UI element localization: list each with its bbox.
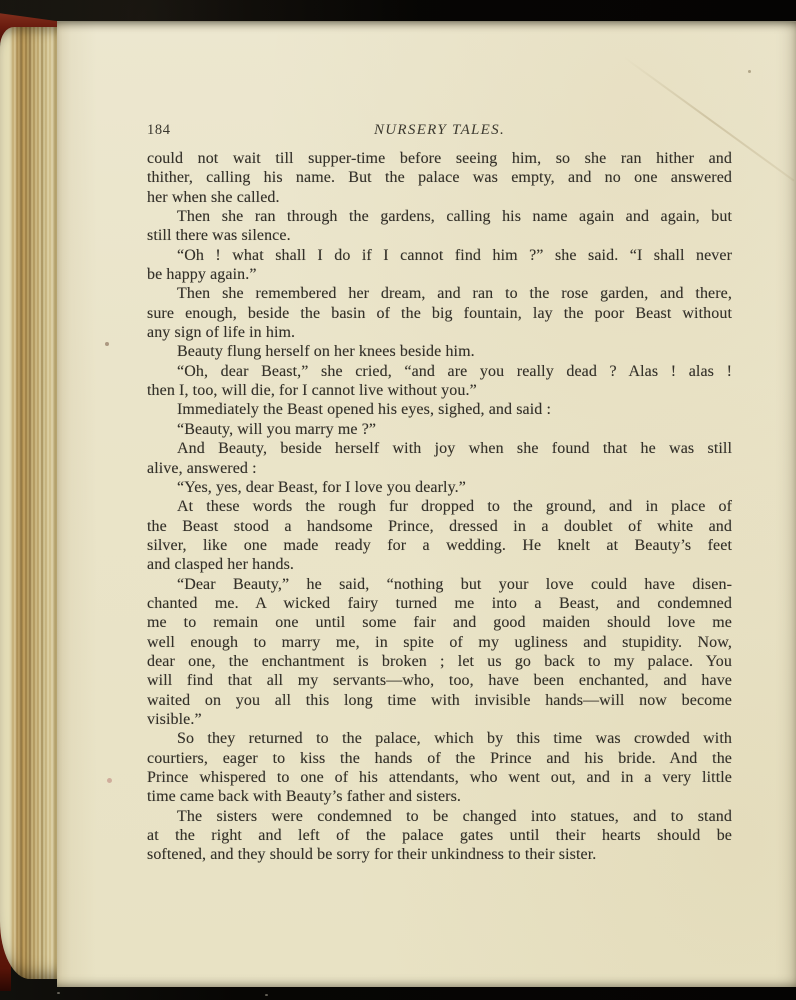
book-page: 184 NURSERY TALES. could not wait till s… bbox=[57, 21, 796, 987]
paragraph: And Beauty, beside herself with joy when… bbox=[147, 439, 732, 478]
text-line: waited on you all this long time with in… bbox=[147, 691, 732, 710]
dust-speck bbox=[57, 992, 60, 994]
text-line: silver, like one made ready for a weddin… bbox=[147, 536, 732, 555]
paper-speck bbox=[107, 778, 112, 783]
paragraph: “Dear Beauty,” he said, “nothing but you… bbox=[147, 575, 732, 730]
paragraph: So they returned to the palace, which by… bbox=[147, 729, 732, 806]
text-line: sure enough, beside the basin of the big… bbox=[147, 304, 732, 323]
text-line: Immediately the Beast opened his eyes, s… bbox=[147, 400, 732, 419]
text-line: visible.” bbox=[147, 710, 732, 729]
text-line: alive, answered : bbox=[147, 459, 732, 478]
text-line: will find that all my servants—who, too,… bbox=[147, 671, 732, 690]
text-line: The sisters were condemned to be changed… bbox=[147, 807, 732, 826]
text-line: could not wait till supper-time before s… bbox=[147, 149, 732, 168]
paragraph: “Oh, dear Beast,” she cried, “and are yo… bbox=[147, 362, 732, 401]
paragraph: Then she remembered her dream, and ran t… bbox=[147, 284, 732, 342]
text-line: and clasped her hands. bbox=[147, 555, 732, 574]
text-line: well enough to marry me, in spite of my … bbox=[147, 633, 732, 652]
text-line: “Oh ! what shall I do if I cannot find h… bbox=[147, 246, 732, 265]
page-header: 184 NURSERY TALES. bbox=[147, 122, 732, 142]
paragraph: At these words the rough fur dropped to … bbox=[147, 497, 732, 574]
text-line: still there was silence. bbox=[147, 226, 732, 245]
text-line: me to remain one until some fair and goo… bbox=[147, 613, 732, 632]
book-page-edges bbox=[0, 27, 58, 979]
text-line: her when she called. bbox=[147, 188, 732, 207]
paragraph: “Yes, yes, dear Beast, for I love you de… bbox=[147, 478, 732, 497]
text-line: “Oh, dear Beast,” she cried, “and are yo… bbox=[147, 362, 732, 381]
running-title: NURSERY TALES. bbox=[147, 122, 732, 139]
page-body-text: could not wait till supper-time before s… bbox=[147, 149, 732, 865]
text-line: dear one, the enchantment is broken ; le… bbox=[147, 652, 732, 671]
text-line: softened, and they should be sorry for t… bbox=[147, 845, 732, 864]
text-line: At these words the rough fur dropped to … bbox=[147, 497, 732, 516]
text-line: any sign of life in him. bbox=[147, 323, 732, 342]
text-line: the Beast stood a handsome Prince, dress… bbox=[147, 517, 732, 536]
text-line: And Beauty, beside herself with joy when… bbox=[147, 439, 732, 458]
text-line: “Dear Beauty,” he said, “nothing but you… bbox=[147, 575, 732, 594]
paragraph: could not wait till supper-time before s… bbox=[147, 149, 732, 207]
text-line: time came back with Beauty’s father and … bbox=[147, 787, 732, 806]
scanned-book-photo: 184 NURSERY TALES. could not wait till s… bbox=[0, 0, 796, 1000]
text-line: So they returned to the palace, which by… bbox=[147, 729, 732, 748]
paragraph: Then she ran through the gardens, callin… bbox=[147, 207, 732, 246]
text-line: Then she ran through the gardens, callin… bbox=[147, 207, 732, 226]
text-line: Beauty flung herself on her knees beside… bbox=[147, 342, 732, 361]
paragraph: The sisters were condemned to be changed… bbox=[147, 807, 732, 865]
text-line: at the right and left of the palace gate… bbox=[147, 826, 732, 845]
text-line: chanted me. A wicked fairy turned me int… bbox=[147, 594, 732, 613]
text-line: courtiers, eager to kiss the hands of th… bbox=[147, 749, 732, 768]
text-line: then I, too, will die, for I cannot live… bbox=[147, 381, 732, 400]
text-line: Prince whispered to one of his attendant… bbox=[147, 768, 732, 787]
paragraph: “Oh ! what shall I do if I cannot find h… bbox=[147, 246, 732, 285]
paragraph: Beauty flung herself on her knees beside… bbox=[147, 342, 732, 361]
paper-speck bbox=[105, 342, 109, 346]
dust-speck bbox=[265, 994, 268, 996]
paragraph: Immediately the Beast opened his eyes, s… bbox=[147, 400, 732, 419]
text-line: “Beauty, will you marry me ?” bbox=[147, 420, 732, 439]
text-line: “Yes, yes, dear Beast, for I love you de… bbox=[147, 478, 732, 497]
text-line: Then she remembered her dream, and ran t… bbox=[147, 284, 732, 303]
paragraph: “Beauty, will you marry me ?” bbox=[147, 420, 732, 439]
paper-speck bbox=[748, 70, 751, 73]
text-line: be happy again.” bbox=[147, 265, 732, 284]
text-line: thither, calling his name. But the palac… bbox=[147, 168, 732, 187]
